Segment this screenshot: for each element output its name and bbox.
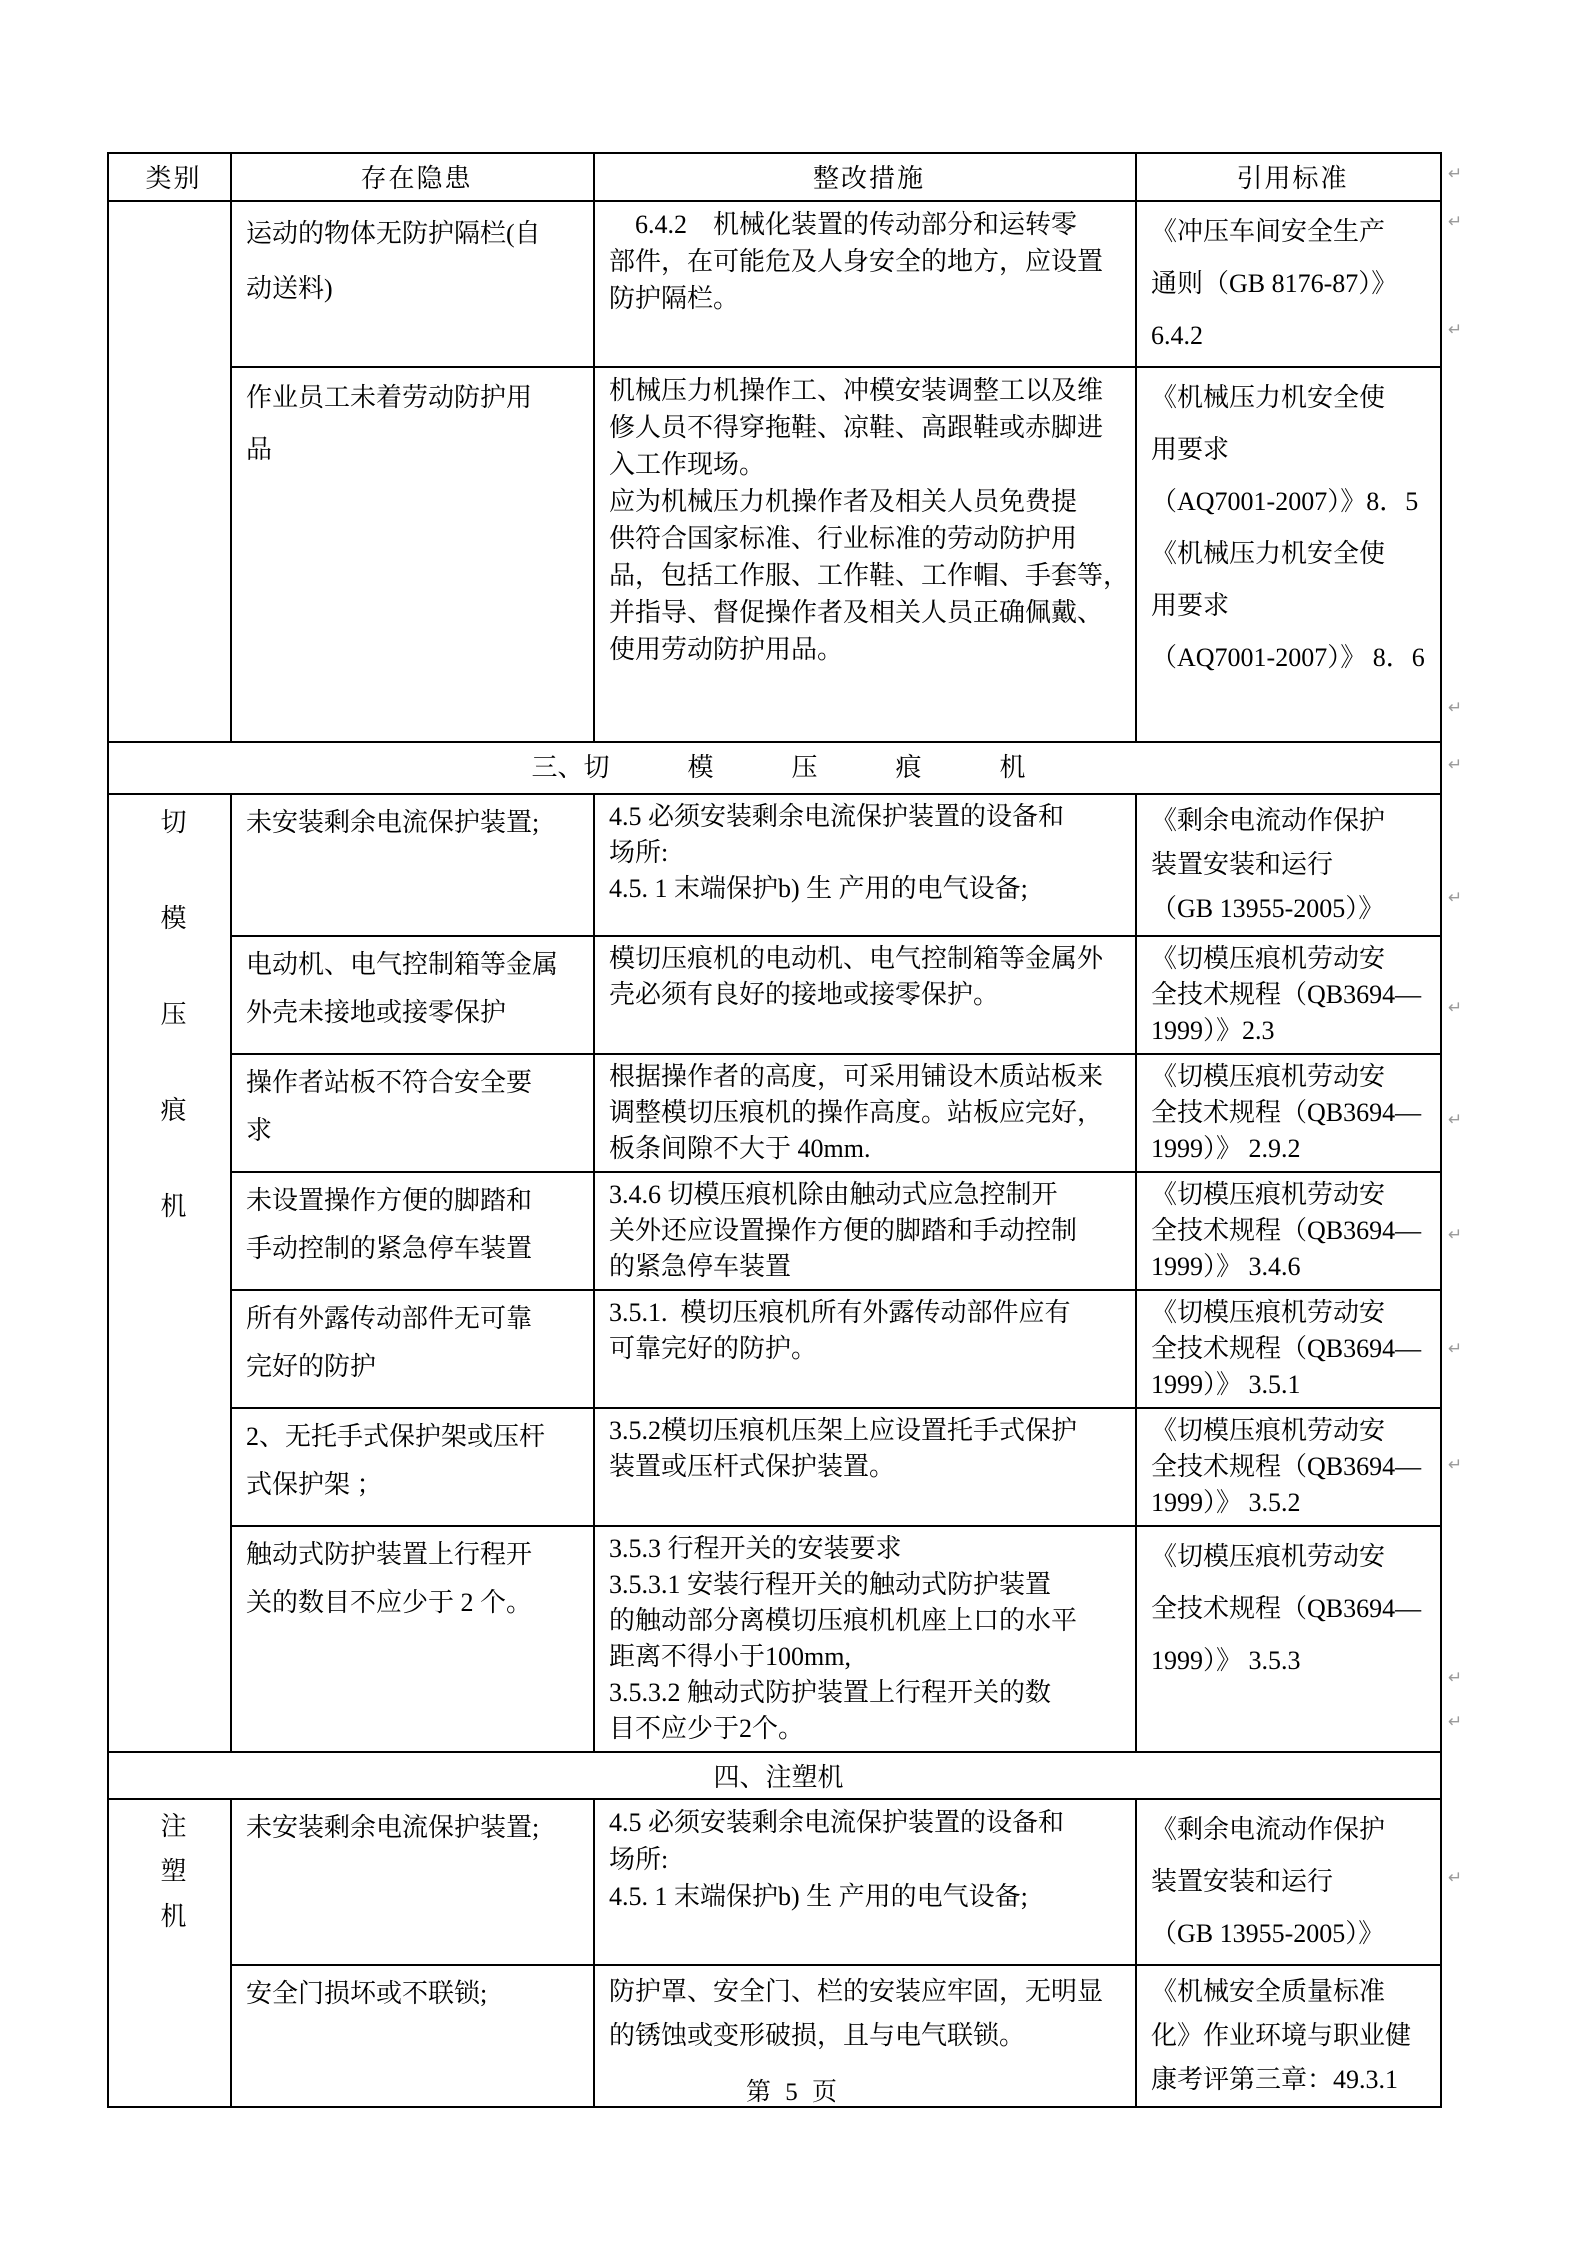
hazard-cell: 触动式防护装置上行程开 关的数目不应少于 2 个。 [231,1526,594,1752]
table-row: 操作者站板不符合安全要 求 根据操作者的高度，可采用铺设木质站板来 调整模切压痕… [108,1054,1441,1172]
section-title-qiemoyahenji: 三、切 模 压 痕 机 [108,742,1441,794]
standard-cell: 《冲压车间安全生产 通则（GB 8176-87）》 6.4.2 [1136,201,1441,367]
header-col-hazard: 存在隐患 [231,153,594,201]
hazard-cell: 所有外露传动部件无可靠 完好的防护 [231,1290,594,1408]
header-col-category: 类别 [108,153,231,201]
standard-cell: 《切模压痕机劳动安 全技术规程（QB3694— 1999）》 3.5.3 [1136,1526,1441,1752]
standard-cell: 《切模压痕机劳动安 全技术规程（QB3694— 1999）》 2.9.2 [1136,1054,1441,1172]
measure-cell: 机械压力机操作工、冲模安装调整工以及维 修人员不得穿拖鞋、凉鞋、高跟鞋或赤脚进 … [594,367,1136,742]
standard-cell: 《切模压痕机劳动安 全技术规程（QB3694— 1999）》2.3 [1136,936,1441,1054]
hazard-cell: 未安装剩余电流保护装置; [231,1799,594,1965]
hazard-cell: 未安装剩余电流保护装置; [231,794,594,936]
standard-cell: 《剩余电流动作保护 装置安装和运行 （GB 13955-2005）》 [1136,1799,1441,1965]
category-cell-qiemoyahenji: 切 模 压 痕 机 [108,794,231,1752]
category-cell-zhusuji: 注 塑 机 [108,1799,231,2107]
paragraph-mark: ↵ [1448,1341,1462,1358]
header-col-standard: 引用标准 [1136,153,1441,201]
paragraph-mark: ↵ [1448,1112,1462,1129]
hazard-cell: 运动的物体无防护隔栏(自 动送料) [231,201,594,367]
table-row: 运动的物体无防护隔栏(自 动送料) 6.4.2 机械化装置的传动部分和运转零 部… [108,201,1441,367]
paragraph-mark: ↵ [1448,1870,1462,1887]
header-col-measure: 整改措施 [594,153,1136,201]
paragraph-mark: ↵ [1448,1457,1462,1474]
table-row: 电动机、电气控制箱等金属 外壳未接地或接零保护 模切压痕机的电动机、电气控制箱等… [108,936,1441,1054]
paragraph-mark: ↵ [1448,1714,1462,1731]
page-number: 第 5 页 [0,2072,1587,2108]
paragraph-mark: ↵ [1448,166,1462,183]
measure-cell: 4.5 必须安装剩余电流保护装置的设备和 场所: 4.5. 1 末端保护b) 生… [594,794,1136,936]
section-title-row: 三、切 模 压 痕 机 [108,742,1441,794]
table-row: 切 模 压 痕 机 未安装剩余电流保护装置; 4.5 必须安装剩余电流保护装置的… [108,794,1441,936]
table-row: 注 塑 机 未安装剩余电流保护装置; 4.5 必须安装剩余电流保护装置的设备和 … [108,1799,1441,1965]
standard-cell: 《切模压痕机劳动安 全技术规程（QB3694— 1999）》 3.5.2 [1136,1408,1441,1526]
table-row: 2、无托手式保护架或压杆 式保护架 ； 3.5.2模切压痕机压架上应设置托手式保… [108,1408,1441,1526]
paragraph-mark: ↵ [1448,890,1462,907]
hazard-cell: 2、无托手式保护架或压杆 式保护架 ； [231,1408,594,1526]
section-title-zhusuji: 四、注塑机 [108,1752,1441,1799]
standard-cell: 《剩余电流动作保护 装置安装和运行 （GB 13955-2005）》 [1136,794,1441,936]
hazard-cell: 电动机、电气控制箱等金属 外壳未接地或接零保护 [231,936,594,1054]
document-page: 类别 存在隐患 整改措施 引用标准 运动的物体无防护隔栏(自 动送料) 6.4.… [0,0,1587,2245]
hazard-cell: 未设置操作方便的脚踏和 手动控制的紧急停车装置 [231,1172,594,1290]
paragraph-mark: ↵ [1448,1000,1462,1017]
measure-cell: 模切压痕机的电动机、电气控制箱等金属外 壳必须有良好的接地或接零保护。 [594,936,1136,1054]
measure-cell: 3.5.1. 模切压痕机所有外露传动部件应有 可靠完好的防护。 [594,1290,1136,1408]
paragraph-mark: ↵ [1448,214,1462,231]
hazard-cell: 操作者站板不符合安全要 求 [231,1054,594,1172]
table-row: 触动式防护装置上行程开 关的数目不应少于 2 个。 3.5.3 行程开关的安装要… [108,1526,1441,1752]
measure-cell: 3.5.3 行程开关的安装要求 3.5.3.1 安装行程开关的触动式防护装置 的… [594,1526,1136,1752]
table-row: 所有外露传动部件无可靠 完好的防护 3.5.1. 模切压痕机所有外露传动部件应有… [108,1290,1441,1408]
standard-cell: 《切模压痕机劳动安 全技术规程（QB3694— 1999）》 3.4.6 [1136,1172,1441,1290]
table-row: 未设置操作方便的脚踏和 手动控制的紧急停车装置 3.4.6 切模压痕机除由触动式… [108,1172,1441,1290]
paragraph-mark: ↵ [1448,700,1462,717]
measure-cell: 4.5 必须安装剩余电流保护装置的设备和 场所: 4.5. 1 末端保护b) 生… [594,1799,1136,1965]
standard-cell: 《切模压痕机劳动安 全技术规程（QB3694— 1999）》 3.5.1 [1136,1290,1441,1408]
standard-cell: 《机械压力机安全使 用要求 （AQ7001-2007）》8．5 《机械压力机安全… [1136,367,1441,742]
paragraph-mark: ↵ [1448,1227,1462,1244]
measure-cell: 根据操作者的高度，可采用铺设木质站板来 调整模切压痕机的操作高度。站板应完好， … [594,1054,1136,1172]
measure-cell: 3.4.6 切模压痕机除由触动式应急控制开 关外还应设置操作方便的脚踏和手动控制… [594,1172,1136,1290]
section-title-row: 四、注塑机 [108,1752,1441,1799]
hazard-table: 类别 存在隐患 整改措施 引用标准 运动的物体无防护隔栏(自 动送料) 6.4.… [107,152,1442,2108]
paragraph-mark: ↵ [1448,757,1462,774]
measure-cell: 3.5.2模切压痕机压架上应设置托手式保护 装置或压杆式保护装置。 [594,1408,1136,1526]
hazard-cell: 作业员工未着劳动防护用 品 [231,367,594,742]
category-cell-blank [108,201,231,742]
measure-cell: 6.4.2 机械化装置的传动部分和运转零 部件，在可能危及人身安全的地方，应设置… [594,201,1136,367]
table-row: 作业员工未着劳动防护用 品 机械压力机操作工、冲模安装调整工以及维 修人员不得穿… [108,367,1441,742]
paragraph-mark: ↵ [1448,1670,1462,1687]
table-header-row: 类别 存在隐患 整改措施 引用标准 [108,153,1441,201]
paragraph-mark: ↵ [1448,322,1462,339]
